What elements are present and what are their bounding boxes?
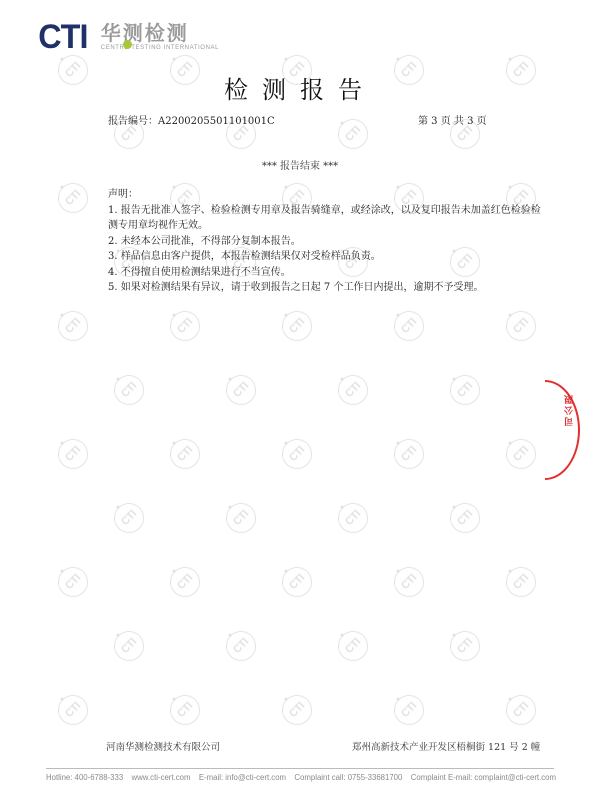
cti-watermark-icon: CTI: [388, 689, 430, 731]
cti-watermark-icon: CTI: [276, 305, 318, 347]
cti-watermark-icon: CTI: [108, 369, 150, 411]
page-info: 第 3 页 共 3 页: [418, 112, 487, 127]
statement-item: 4. 不得擅自使用检测结果进行不当宣传。: [108, 265, 548, 281]
cti-watermark-icon: CTI: [444, 497, 486, 539]
cti-watermark-icon: CTI: [388, 433, 430, 475]
cti-watermark-icon: CTI: [164, 689, 206, 731]
cti-watermark-icon: CTI: [52, 305, 94, 347]
cti-watermark-icon: CTI: [52, 177, 94, 219]
logo-en-name: CENTRE TESTING INTERNATIONAL: [101, 44, 219, 52]
cti-watermark-icon: CTI: [388, 305, 430, 347]
footer-address: 郑州高新技术产业开发区梧桐街 121 号 2 幢: [352, 739, 540, 753]
cti-watermark-icon: CTI: [52, 433, 94, 475]
cti-watermark-icon: CTI: [108, 625, 150, 667]
footer-company: 河南华测检测技术有限公司: [106, 739, 220, 753]
cti-watermark-icon: CTI: [220, 369, 262, 411]
statement-item: 1. 报告无批准人签字、检验检测专用章及报告骑缝章，或经涂改，以及复印报告未加盖…: [108, 203, 548, 234]
seal-text: 司公限: [563, 393, 577, 426]
cti-watermark-icon: CTI: [500, 305, 542, 347]
statement-heading: 声明：: [108, 187, 548, 203]
logo-wordmark: 华测检测 CENTRE TESTING INTERNATIONAL: [101, 22, 219, 52]
report-number-label: 报告编号：: [108, 116, 158, 127]
logo-cti-mark: CTI: [38, 22, 87, 52]
document-title: 检测报告: [0, 70, 600, 105]
cti-watermark-icon: CTI: [164, 561, 206, 603]
cti-watermark-icon: CTI: [332, 113, 374, 155]
email-link[interactable]: E-mail: info@cti-cert.com: [199, 773, 286, 782]
cti-watermark-icon: CTI: [164, 433, 206, 475]
cti-watermark-icon: CTI: [500, 689, 542, 731]
logo-cn-name: 华测检测: [101, 22, 219, 44]
cti-watermark-icon: CTI: [220, 625, 262, 667]
cti-watermark-icon: CTI: [220, 497, 262, 539]
report-number-value: A2200205501101001C: [158, 116, 275, 127]
report-end-marker: *** 报告结束 ***: [0, 157, 600, 172]
complaint-email-link[interactable]: Complaint E-mail: complaint@cti-cert.com: [411, 773, 556, 782]
company-logo: CTI 华测检测 CENTRE TESTING INTERNATIONAL: [37, 22, 219, 52]
cti-watermark-icon: CTI: [388, 561, 430, 603]
statement-item: 3. 样品信息由客户提供，本报告检测结果仅对受检样品负责。: [108, 249, 548, 265]
cti-watermark-icon: CTI: [108, 497, 150, 539]
watermark-layer: CTICTICTICTICTICTICTICTICTICTICTICTICTIC…: [0, 0, 600, 800]
statement-item: 5. 如果对检测结果有异议，请于收到报告之日起 7 个工作日内提出，逾期不予受理…: [108, 280, 548, 296]
complaint-call: Complaint call: 0755-33681700: [294, 773, 402, 782]
cti-watermark-icon: CTI: [52, 689, 94, 731]
statement-section: 声明： 1. 报告无批准人签字、检验检测专用章及报告骑缝章，或经涂改，以及复印报…: [108, 187, 548, 296]
cti-watermark-icon: CTI: [332, 625, 374, 667]
report-number: 报告编号：A2200205501101001C: [108, 112, 275, 127]
cti-watermark-icon: CTI: [332, 369, 374, 411]
cti-watermark-icon: CTI: [332, 497, 374, 539]
cti-watermark-icon: CTI: [276, 433, 318, 475]
logo-dot-icon: [123, 40, 132, 49]
cti-watermark-icon: CTI: [444, 369, 486, 411]
cti-watermark-icon: CTI: [52, 561, 94, 603]
cti-watermark-icon: CTI: [276, 689, 318, 731]
cti-watermark-icon: CTI: [164, 305, 206, 347]
cti-watermark-icon: CTI: [500, 561, 542, 603]
cti-watermark-icon: CTI: [500, 433, 542, 475]
contact-bar: Hotline: 400-6788-333 www.cti-cert.com E…: [46, 773, 556, 782]
footer-divider: [46, 768, 554, 769]
website-link[interactable]: www.cti-cert.com: [132, 773, 191, 782]
cti-watermark-icon: CTI: [444, 625, 486, 667]
hotline: Hotline: 400-6788-333: [46, 773, 123, 782]
cti-watermark-icon: CTI: [276, 561, 318, 603]
statement-item: 2. 未经本公司批准，不得部分复制本报告。: [108, 234, 548, 250]
